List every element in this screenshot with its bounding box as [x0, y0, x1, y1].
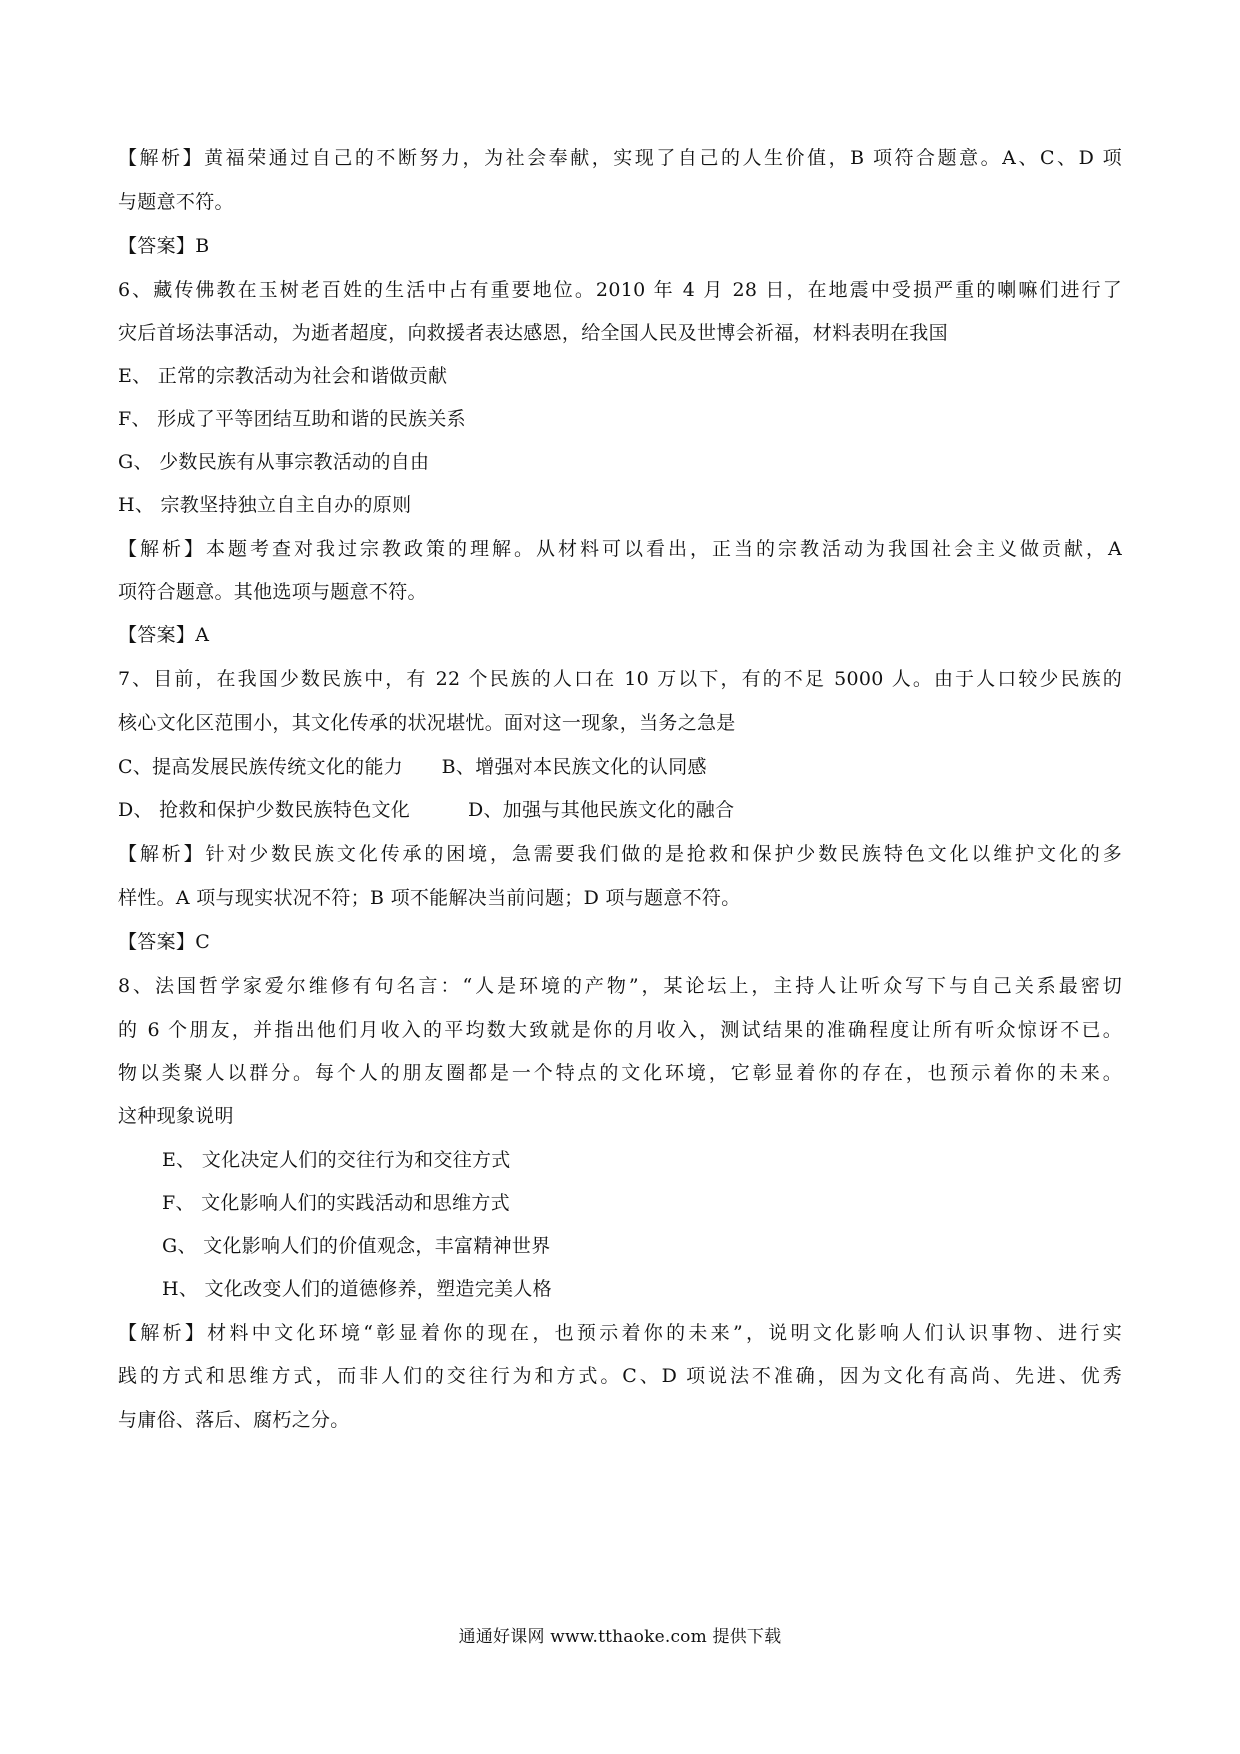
q6-stem-line-2: 灾后首场法事活动，为逝者超度，向救援者表达感恩，给全国人民及世博会祈福，材料表明… [118, 321, 948, 345]
q6-analysis-line-2: 项符合题意。其他选项与题意不符。 [118, 580, 427, 604]
q8-stem-line-2: 的 6 个朋友，并指出他们月收入的平均数大致就是你的月收入，测试结果的准确程度让… [118, 1018, 1122, 1042]
q8-analysis-line-2: 践的方式和思维方式，而非人们的交往行为和方式。C、D 项说法不准确，因为文化有高… [118, 1364, 1122, 1388]
q8-analysis-line-1: 【解析】材料中文化环境“彰显着你的现在，也预示着你的未来”，说明文化影响人们认识… [118, 1321, 1122, 1345]
q5-answer: 【答案】B [118, 234, 209, 258]
q8-option-g: G、 文化影响人们的价值观念，丰富精神世界 [162, 1234, 551, 1258]
q7-analysis-line-1: 【解析】针对少数民族文化传承的困境，急需要我们做的是抢救和保护少数民族特色文化以… [118, 842, 1122, 866]
q8-option-e: E、 文化决定人们的交往行为和交往方式 [162, 1148, 511, 1172]
q6-option-g: G、 少数民族有从事宗教活动的自由 [118, 450, 429, 474]
q8-option-f: F、 文化影响人们的实践活动和思维方式 [162, 1191, 510, 1215]
q8-option-h: H、 文化改变人们的道德修养，塑造完美人格 [162, 1277, 552, 1301]
q7-stem-line-1: 7、目前，在我国少数民族中，有 22 个民族的人口在 10 万以下，有的不足 5… [118, 667, 1122, 691]
q5-analysis-line-2: 与题意不符。 [118, 190, 234, 214]
q7-answer: 【答案】C [118, 930, 210, 954]
q8-stem-line-1: 8、法国哲学家爱尔维修有句名言：“人是环境的产物”，某论坛上，主持人让听众写下与… [118, 974, 1122, 998]
q7-options-row-1: C、提高发展民族传统文化的能力 B、增强对本民族文化的认同感 [118, 755, 707, 779]
q6-stem-line-1: 6、藏传佛教在玉树老百姓的生活中占有重要地位。2010 年 4 月 28 日，在… [118, 278, 1122, 302]
q8-stem-line-3: 物以类聚人以群分。每个人的朋友圈都是一个特点的文化环境，它彰显着你的存在，也预示… [118, 1061, 1122, 1085]
q6-option-f: F、 形成了平等团结互助和谐的民族关系 [118, 407, 466, 431]
q7-options-row-2: D、 抢救和保护少数民族特色文化 D、加强与其他民族文化的融合 [118, 798, 734, 822]
q7-stem-line-2: 核心文化区范围小，其文化传承的状况堪忧。面对这一现象，当务之急是 [118, 711, 736, 735]
document-page: 【解析】黄福荣通过自己的不断努力，为社会奉献，实现了自己的人生价值，B 项符合题… [0, 0, 1240, 1754]
q5-analysis-line-1: 【解析】黄福荣通过自己的不断努力，为社会奉献，实现了自己的人生价值，B 项符合题… [118, 146, 1122, 170]
q6-analysis-line-1: 【解析】本题考查对我过宗教政策的理解。从材料可以看出，正当的宗教活动为我国社会主… [118, 537, 1122, 561]
q6-answer: 【答案】A [118, 623, 209, 647]
q8-analysis-line-3: 与庸俗、落后、腐朽之分。 [118, 1408, 350, 1432]
q6-option-h: H、 宗教坚持独立自主自办的原则 [118, 493, 411, 517]
q7-analysis-line-2: 样性。A 项与现实状况不符；B 项不能解决当前问题；D 项与题意不符。 [118, 886, 741, 910]
q8-stem-line-4: 这种现象说明 [118, 1104, 234, 1128]
page-footer: 通通好课网 www.tthaoke.com 提供下载 [0, 1626, 1240, 1648]
q6-option-e: E、 正常的宗教活动为社会和谐做贡献 [118, 364, 447, 388]
